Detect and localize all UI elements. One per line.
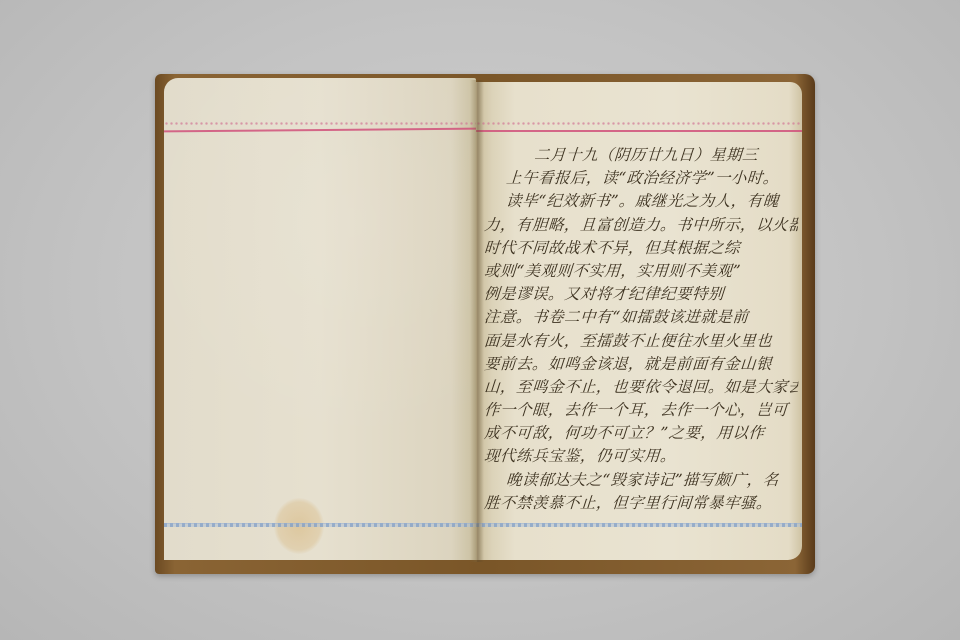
right-page: 二月十九（阴历廿九日）星期三 上午看报后，读“政治经济学”一小时。 读毕“纪效新…: [476, 82, 802, 560]
entry-line: 胜不禁羡慕不止，但字里行间常暴牢骚。: [483, 492, 799, 515]
entry-line: 要前去。如鸣金该退，就是前面有金山银: [483, 353, 799, 376]
diary-entry: 二月十九（阴历廿九日）星期三 上午看报后，读“政治经济学”一小时。 读毕“纪效新…: [484, 144, 798, 515]
entry-line: 例是谬误。又对将才纪律纪要特别: [483, 283, 799, 306]
entry-date-line: 二月十九（阴历廿九日）星期三: [483, 144, 799, 167]
entry-line: 成不可敌，何功不可立？”之要，用以作: [483, 422, 799, 445]
entry-line: 作一个眼，去作一个耳，去作一个心，岂可: [483, 399, 799, 422]
entry-line: 注意。书卷二中有“如擂鼓该进就是前: [483, 306, 799, 329]
entry-line: 或则“美观则不实用，实用则不美观”: [483, 260, 799, 283]
entry-line: 读毕“纪效新书”。戚继光之为人，有魄: [483, 190, 799, 213]
top-decorative-dotted-rule: [164, 122, 476, 125]
top-pink-rule: [164, 128, 476, 133]
bottom-blue-rule: [164, 523, 476, 527]
photo-scene: 二月十九（阴历廿九日）星期三 上午看报后，读“政治经济学”一小时。 读毕“纪效新…: [0, 0, 960, 640]
entry-line: 现代练兵宝鉴，仍可实用。: [483, 445, 799, 468]
entry-line: 山，至鸣金不止，也要依令退回。如是大家去: [483, 376, 799, 399]
entry-line: 晚读郁达夫之“毁家诗记”描写颇广，名: [483, 469, 799, 492]
bottom-blue-rule: [476, 523, 802, 527]
top-pink-rule: [476, 130, 802, 132]
left-page: [164, 78, 476, 560]
entry-line: 时代不同故战术不异，但其根据之综: [483, 237, 799, 260]
entry-line: 面是水有火，至擂鼓不止便往水里火里也: [483, 330, 799, 353]
entry-line: 上午看报后，读“政治经济学”一小时。: [483, 167, 799, 190]
top-decorative-dotted-rule: [476, 122, 802, 125]
entry-line: 力，有胆略，且富创造力。书中所示，以火器: [483, 214, 799, 237]
